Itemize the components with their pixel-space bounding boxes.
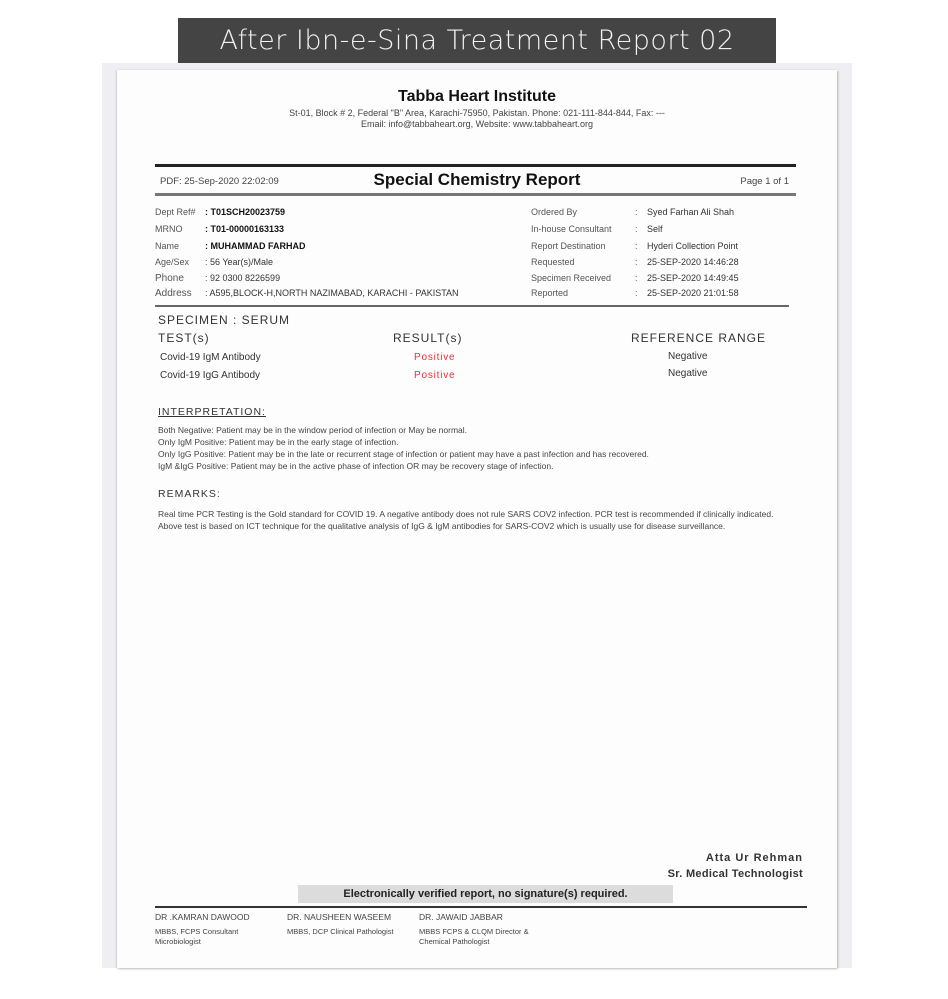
patient-row: Name : MUHAMMAD FARHAD Report Destinatio… [117,241,837,258]
interpretation-line: Only IgM Positive: Patient may be in the… [158,437,398,447]
title-rule [155,193,796,196]
field-label: In-house Consultant [531,224,612,234]
verification-note: Electronically verified report, no signa… [298,885,673,903]
institute-address: St-01, Block # 2, Federal "B" Area, Kara… [117,108,837,130]
doctor-name: DR. JAWAID JABBAR [419,912,503,922]
institute-name: Tabba Heart Institute [117,88,837,106]
doctor-credentials: MBBS FCPS & CLQM Director & Chemical Pat… [419,927,529,947]
institute-contact-line: Email: info@tabbaheart.org, Website: www… [117,119,837,130]
reference-range: Negative [668,351,707,362]
specimen-type: SPECIMEN : SERUM [158,313,290,327]
patient-row: Age/Sex : 56 Year(s)/Male Requested : 25… [117,257,837,274]
field-colon: : [635,224,638,234]
field-label: Age/Sex [155,257,189,267]
field-label: MRNO [155,224,183,234]
doctor-name: DR .KAMRAN DAWOOD [155,912,250,922]
field-label: Dept Ref# [155,207,196,217]
footer-rule [155,906,807,908]
doctor-credentials: MBBS, DCP Clinical Pathologist [287,927,417,937]
column-header-result: RESULT(s) [393,331,462,345]
patient-row: MRNO : T01-00000163133 In-house Consulta… [117,224,837,241]
field-colon: : [635,241,638,251]
field-label: Specimen Received [531,273,611,283]
column-header-test: TEST(s) [158,331,210,345]
field-colon: : [635,207,638,217]
field-label: Reported [531,288,568,298]
field-label: Phone [155,273,184,284]
patient-row: Dept Ref# : T01SCH20023759 Ordered By : … [117,207,837,224]
field-value: Self [647,224,663,234]
field-label: Ordered By [531,207,577,217]
field-value: : A595,BLOCK-H,NORTH NAZIMABAD, KARACHI … [205,288,459,298]
field-value: 25-SEP-2020 21:01:58 [647,288,739,298]
field-label: Requested [531,257,575,267]
report-page: Tabba Heart Institute St-01, Block # 2, … [117,70,837,968]
reference-range: Negative [668,368,707,379]
page-title: After Ibn-e-Sina Treatment Report 02 [178,18,776,63]
test-result: Positive [414,370,455,381]
field-value: : MUHAMMAD FARHAD [205,241,306,251]
patient-row: Address : A595,BLOCK-H,NORTH NAZIMABAD, … [117,288,837,305]
interpretation-title: INTERPRETATION: [158,406,266,418]
field-value: Syed Farhan Ali Shah [647,207,734,217]
test-result: Positive [414,352,455,363]
field-value: : T01SCH20023759 [205,207,285,217]
field-label: Report Destination [531,241,606,251]
interpretation-line: Only IgG Positive: Patient may be in the… [158,449,649,459]
field-label: Address [155,288,192,299]
field-colon: : [635,288,638,298]
field-value: : 92 0300 8226599 [205,273,280,283]
field-value: Hyderi Collection Point [647,241,738,251]
interpretation-line: IgM &IgG Positive: Patient may be in the… [158,461,553,471]
doctor-credentials: MBBS, FCPS Consultant Microbiologist [155,927,265,947]
remarks-title: REMARKS: [158,488,221,500]
header-rule [155,164,796,167]
field-colon: : [635,273,638,283]
field-colon: : [635,257,638,267]
test-name: Covid-19 IgG Antibody [160,370,260,381]
field-value: : 56 Year(s)/Male [205,257,273,267]
field-value: 25-SEP-2020 14:49:45 [647,273,739,283]
field-value: 25-SEP-2020 14:46:28 [647,257,739,267]
info-rule [155,305,789,307]
institute-address-line: St-01, Block # 2, Federal "B" Area, Kara… [117,108,837,119]
test-name: Covid-19 IgM Antibody [160,352,261,363]
page-number: Page 1 of 1 [740,176,789,187]
remarks-text: Real time PCR Testing is the Gold standa… [158,508,798,532]
column-header-reference: REFERENCE RANGE [631,331,766,345]
signatory-name: Atta Ur Rehman [706,852,803,864]
field-value: : T01-00000163133 [205,224,284,234]
interpretation-line: Both Negative: Patient may be in the win… [158,425,467,435]
signatory-title: Sr. Medical Technologist [668,868,803,880]
report-title: Special Chemistry Report [117,170,837,190]
doctor-name: DR. NAUSHEEN WASEEM [287,912,391,922]
field-label: Name [155,241,179,251]
